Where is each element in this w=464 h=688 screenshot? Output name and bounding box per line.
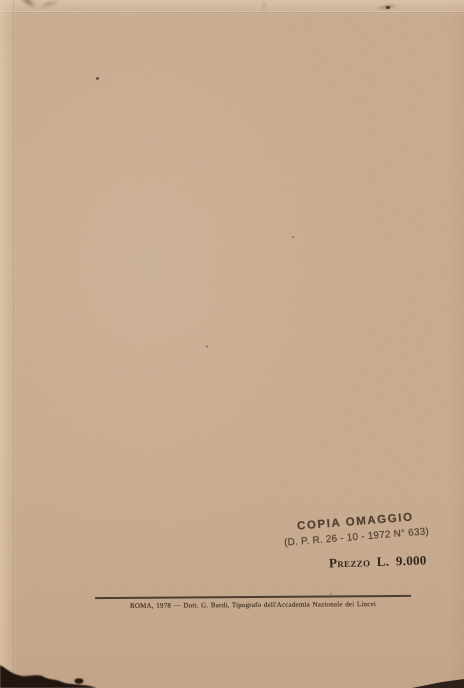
paper-grain-texture	[0, 0, 464, 688]
top-light-band	[0, 0, 464, 16]
paper-speck	[96, 77, 99, 80]
book-back-cover: COPIA OMAGGIO (D. P. R. 26 - 10 - 1972 N…	[0, 0, 464, 688]
bottom-right-corner-shadow	[412, 673, 464, 688]
omaggio-stamp: COPIA OMAGGIO (D. P. R. 26 - 10 - 1972 N…	[269, 508, 443, 551]
printer-imprint: ROMA, 1978 — Dott. G. Bardi, Tipografo d…	[130, 600, 376, 610]
imprint-rule	[95, 595, 411, 599]
spine-edge-highlight	[0, 0, 18, 688]
top-horizontal-crease	[0, 11, 464, 13]
paper-speck	[206, 345, 208, 348]
bottom-left-corner-damage	[0, 652, 100, 688]
spine-edge-line	[13, 0, 14, 688]
price-label: Prezzo L. 9.000	[329, 552, 427, 571]
paper-speck	[292, 236, 294, 238]
